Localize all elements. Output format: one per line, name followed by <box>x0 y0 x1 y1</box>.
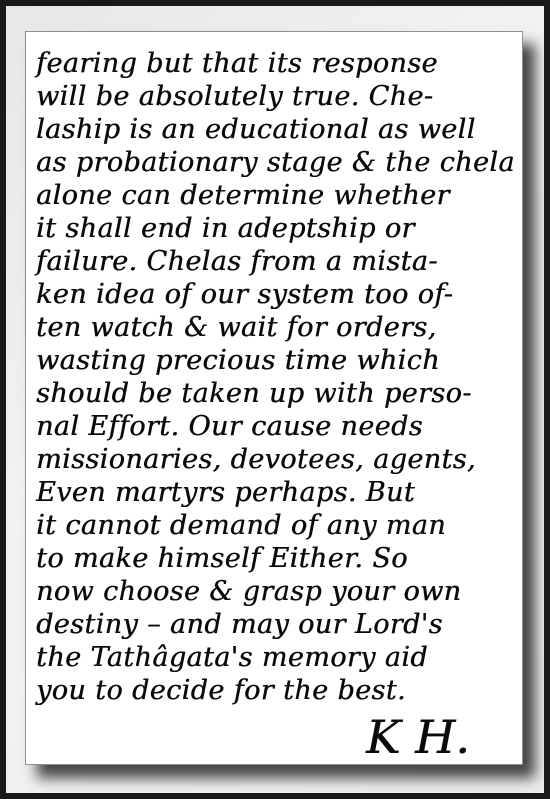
letter-line: laship is an educational as well <box>36 113 516 146</box>
letter-line: it shall end in adeptship or <box>36 212 516 245</box>
letter-line: missionaries, devotees, agents, <box>36 443 516 476</box>
letter-line: ken idea of our system too of- <box>36 278 516 311</box>
letter-line: wasting precious time which <box>36 344 516 377</box>
letter-line: destiny – and may our Lord's <box>36 608 516 641</box>
scan-frame: fearing but that its response will be ab… <box>0 0 550 799</box>
letter-line: Even martyrs perhaps. But <box>36 476 516 509</box>
letter-line: nal Effort. Our cause needs <box>36 410 516 443</box>
letter-line: it cannot demand of any man <box>36 509 516 542</box>
letter-line: to make himself Either. So <box>36 542 516 575</box>
letter-line: should be taken up with perso- <box>36 377 516 410</box>
letter-line: failure. Chelas from a mista- <box>36 245 516 278</box>
letter-line: ten watch & wait for orders, <box>36 311 516 344</box>
letter-line: as probationary stage & the chela <box>36 146 516 179</box>
letter-line: alone can determine whether <box>36 179 516 212</box>
letter-line: fearing but that its response <box>36 47 516 80</box>
letter-page: fearing but that its response will be ab… <box>25 31 523 765</box>
signature: K H. <box>36 711 516 763</box>
letter-line: the Tathâgata's memory aid <box>36 641 516 674</box>
letter-line: you to decide for the best. <box>36 674 516 707</box>
letter-line: now choose & grasp your own <box>36 575 516 608</box>
letter-line: will be absolutely true. Che- <box>36 80 516 113</box>
